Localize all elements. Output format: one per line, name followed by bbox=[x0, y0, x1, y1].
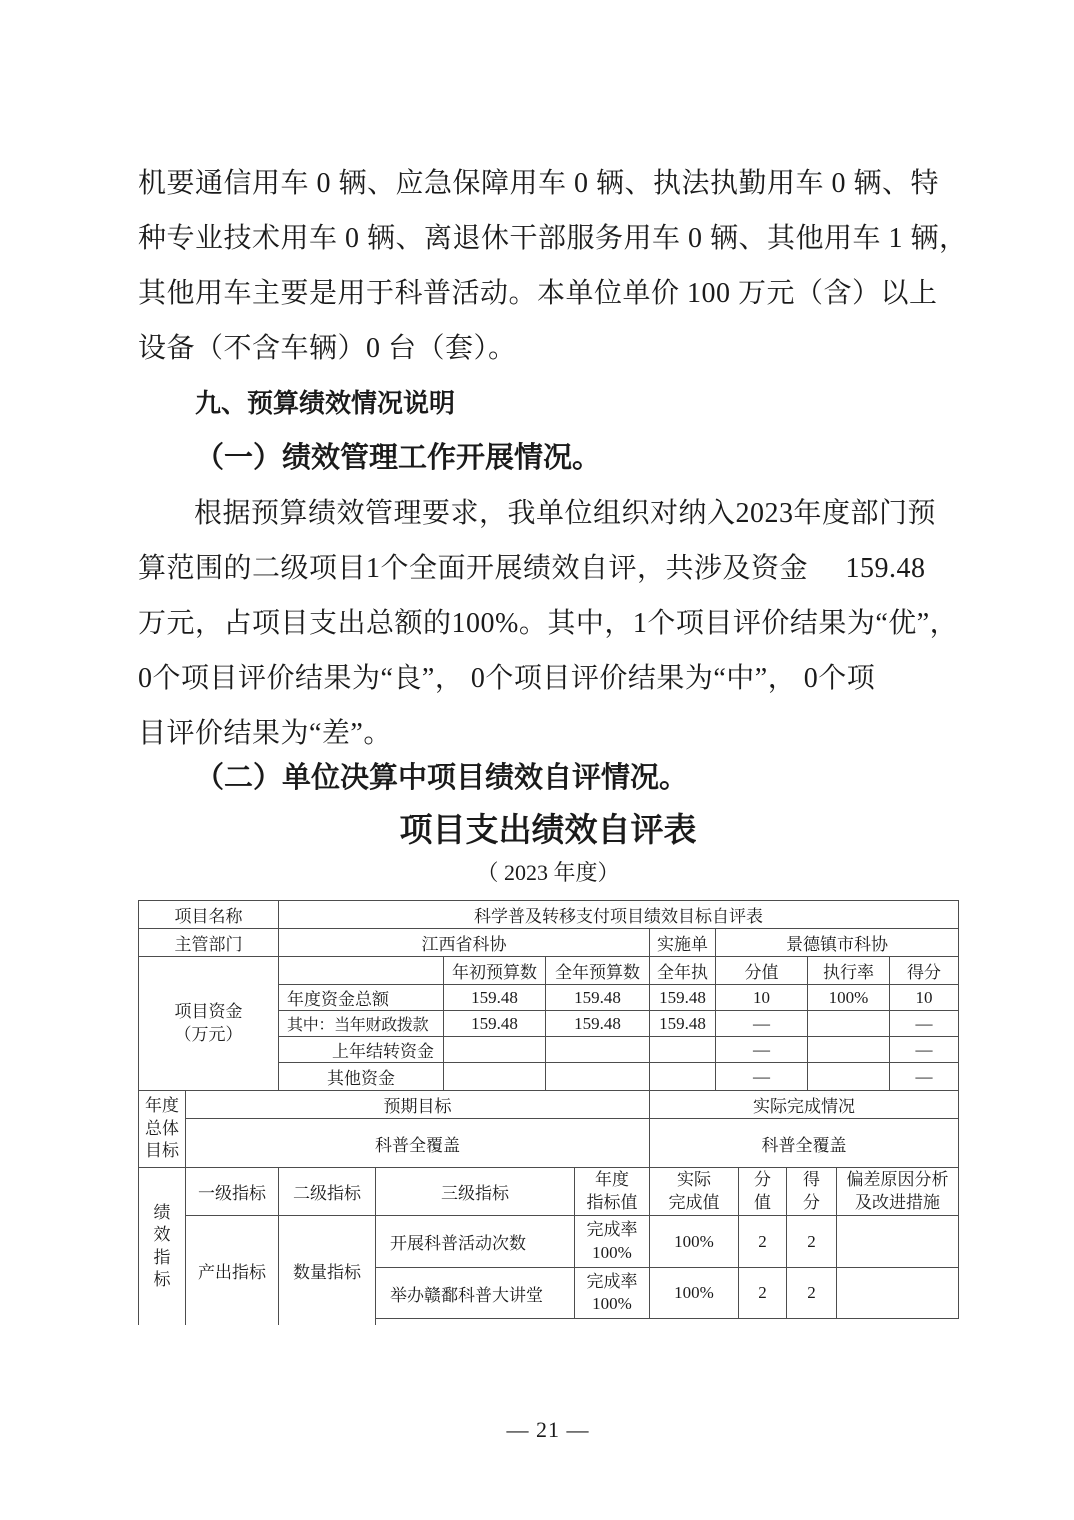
cell-funds-value: — bbox=[716, 1063, 808, 1091]
subsection-heading-2: （二）单位决算中项目绩效自评情况。 bbox=[138, 751, 958, 806]
cell-blank bbox=[376, 1319, 575, 1326]
cell-funds-value: 159.48 bbox=[444, 1011, 546, 1037]
cell-funds-side-label: 项目资金 （万元） bbox=[139, 957, 279, 1091]
table-row: 主管部门 江西省科协 实施单 景德镇市科协 bbox=[139, 929, 959, 957]
cell-funds-row-label: 其他资金 bbox=[279, 1063, 444, 1091]
table-row: 项目名称 科学普及转移支付项目绩效目标自评表 bbox=[139, 901, 959, 929]
cell-indicator-actual: 100% bbox=[650, 1216, 739, 1268]
cell-funds-value bbox=[444, 1063, 546, 1091]
cell-level2-indicator: 数量指标 bbox=[279, 1216, 376, 1326]
page-number: — 21 — bbox=[138, 1415, 958, 1445]
paragraph-line: 其他用车主要是用于科普活动。本单位单价 100 万元（含）以上 bbox=[138, 266, 958, 321]
cell-indicator-header: 年度 指标值 bbox=[575, 1168, 650, 1216]
cell-indicator-header: 二级指标 bbox=[279, 1168, 376, 1216]
cell-funds-value: — bbox=[890, 1063, 959, 1091]
cell-indicator-header: 得 分 bbox=[787, 1168, 837, 1216]
cell-funds-value: 159.48 bbox=[546, 985, 650, 1011]
cell-funds-value bbox=[808, 1011, 890, 1037]
cell-impl: 景德镇市科协 bbox=[716, 929, 959, 957]
paragraph-performance: 根据预算绩效管理要求，我单位组织对纳入2023年度部门预 算范围的二级项目1个全… bbox=[138, 486, 958, 761]
cell-indicator-deviation bbox=[837, 1268, 959, 1319]
table-indicator-section: 年度 总体 目标 预期目标 实际完成情况 科普全覆盖 科普全覆盖 绩 效 指 标… bbox=[138, 1090, 959, 1325]
document-page: 机要通信用车 0 辆、应急保障用车 0 辆、执法执勤用车 0 辆、特 种专业技术… bbox=[0, 0, 1074, 1520]
cell-blank bbox=[279, 957, 444, 985]
cell-indicator-points: 2 bbox=[739, 1268, 787, 1319]
cell-funds-row-label: 年度资金总额 bbox=[279, 985, 444, 1011]
paragraph-line: 机要通信用车 0 辆、应急保障用车 0 辆、执法执勤用车 0 辆、特 bbox=[138, 156, 958, 211]
page-content: 机要通信用车 0 辆、应急保障用车 0 辆、执法执勤用车 0 辆、特 种专业技术… bbox=[138, 156, 958, 1445]
cell-dept: 江西省科协 bbox=[279, 929, 650, 957]
cell-blank bbox=[787, 1319, 837, 1326]
cell-funds-value bbox=[444, 1037, 546, 1063]
cell-funds-value: 159.48 bbox=[650, 985, 716, 1011]
paragraph-line: 根据预算绩效管理要求，我单位组织对纳入2023年度部门预 bbox=[138, 486, 958, 541]
cell-indicator-score: 2 bbox=[787, 1216, 837, 1268]
paragraph-line: 万元，占项目支出总额的100%。其中，1个项目评价结果为“优”， bbox=[138, 596, 958, 651]
self-evaluation-table: 项目名称 科学普及转移支付项目绩效目标自评表 主管部门 江西省科协 实施单 景德… bbox=[138, 900, 958, 1325]
cell-level1-indicator: 产出指标 bbox=[186, 1216, 279, 1326]
cell-blank bbox=[739, 1319, 787, 1326]
cell-project-name-label: 项目名称 bbox=[139, 901, 279, 929]
cell-funds-value: — bbox=[716, 1011, 808, 1037]
cell-indicator-header: 实际 完成值 bbox=[650, 1168, 739, 1216]
cell-funds-header: 年初预算数 bbox=[444, 957, 546, 985]
table-row: 科普全覆盖 科普全覆盖 bbox=[139, 1119, 959, 1168]
table-row: 绩 效 指 标 一级指标 二级指标 三级指标 年度 指标值 实际 完成值 分 值… bbox=[139, 1168, 959, 1216]
cell-funds-value: 159.48 bbox=[546, 1011, 650, 1037]
cell-funds-header: 全年执 bbox=[650, 957, 716, 985]
paragraph-line: 0个项目评价结果为“良”， 0个项目评价结果为“中”， 0个项 bbox=[138, 651, 958, 706]
paragraph-line: 种专业技术用车 0 辆、离退休干部服务用车 0 辆、其他用车 1 辆， bbox=[138, 211, 958, 266]
cell-funds-header: 分值 bbox=[716, 957, 808, 985]
cell-indicator-actual: 100% bbox=[650, 1268, 739, 1319]
cell-expected-header: 预期目标 bbox=[186, 1091, 650, 1119]
cell-funds-value bbox=[650, 1063, 716, 1091]
cell-impl-label: 实施单 bbox=[650, 929, 716, 957]
table-row: 项目资金 （万元） 年初预算数 全年预算数 全年执 分值 执行率 得分 bbox=[139, 957, 959, 985]
paragraph-line: 算范围的二级项目1个全面开展绩效自评，共涉及资金 159.48 bbox=[138, 541, 958, 596]
cell-funds-value bbox=[546, 1063, 650, 1091]
cell-funds-header: 得分 bbox=[890, 957, 959, 985]
cell-funds-row-label: 其中：当年财政拨款 bbox=[279, 1011, 444, 1037]
table-top-section: 项目名称 科学普及转移支付项目绩效目标自评表 主管部门 江西省科协 实施单 景德… bbox=[138, 900, 959, 1091]
cell-funds-value: — bbox=[716, 1037, 808, 1063]
cell-funds-value: 100% bbox=[808, 985, 890, 1011]
subsection-heading-1: （一）绩效管理工作开展情况。 bbox=[138, 431, 958, 486]
paragraph-line: 设备（不含车辆）0 台（套）。 bbox=[138, 321, 958, 376]
cell-actual-goal: 科普全覆盖 bbox=[650, 1119, 959, 1168]
cell-blank bbox=[837, 1319, 959, 1326]
cell-indicator-target: 完成率 100% bbox=[575, 1268, 650, 1319]
table-row: 产出指标 数量指标 开展科普活动次数 完成率 100% 100% 2 2 bbox=[139, 1216, 959, 1268]
cell-funds-value: — bbox=[890, 1037, 959, 1063]
section-heading: 九、预算绩效情况说明 bbox=[138, 376, 958, 431]
cell-funds-header: 执行率 bbox=[808, 957, 890, 985]
cell-indicator-points: 2 bbox=[739, 1216, 787, 1268]
cell-funds-value: 10 bbox=[716, 985, 808, 1011]
cell-overall-side-label: 年度 总体 目标 bbox=[139, 1091, 186, 1168]
cell-project-name: 科学普及转移支付项目绩效目标自评表 bbox=[279, 901, 959, 929]
table-caption: （ 2023 年度） bbox=[138, 856, 958, 890]
cell-indicator-header: 分 值 bbox=[739, 1168, 787, 1216]
cell-indicator-deviation bbox=[837, 1216, 959, 1268]
cell-blank bbox=[575, 1319, 650, 1326]
cell-funds-value: 159.48 bbox=[444, 985, 546, 1011]
cell-funds-header: 全年预算数 bbox=[546, 957, 650, 985]
cell-expected-goal: 科普全覆盖 bbox=[186, 1119, 650, 1168]
table-row: 年度 总体 目标 预期目标 实际完成情况 bbox=[139, 1091, 959, 1119]
cell-blank bbox=[650, 1319, 739, 1326]
cell-actual-header: 实际完成情况 bbox=[650, 1091, 959, 1119]
table-title: 项目支出绩效自评表 bbox=[138, 806, 958, 856]
cell-funds-value: 10 bbox=[890, 985, 959, 1011]
cell-indicator-header: 偏差原因分析 及改进措施 bbox=[837, 1168, 959, 1216]
cell-funds-value bbox=[650, 1037, 716, 1063]
cell-funds-value bbox=[546, 1037, 650, 1063]
cell-dept-label: 主管部门 bbox=[139, 929, 279, 957]
cell-indicator-score: 2 bbox=[787, 1268, 837, 1319]
cell-funds-value bbox=[808, 1037, 890, 1063]
cell-funds-value: 159.48 bbox=[650, 1011, 716, 1037]
cell-indicator-header: 三级指标 bbox=[376, 1168, 575, 1216]
paragraph-vehicles: 机要通信用车 0 辆、应急保障用车 0 辆、执法执勤用车 0 辆、特 种专业技术… bbox=[138, 156, 958, 376]
cell-indicator-side-label: 绩 效 指 标 bbox=[139, 1168, 186, 1326]
cell-indicator-header: 一级指标 bbox=[186, 1168, 279, 1216]
cell-indicator-name: 开展科普活动次数 bbox=[376, 1216, 575, 1268]
cell-funds-value: — bbox=[890, 1011, 959, 1037]
cell-indicator-name: 举办赣鄱科普大讲堂 bbox=[376, 1268, 575, 1319]
cell-funds-row-label: 上年结转资金 bbox=[279, 1037, 444, 1063]
cell-indicator-target: 完成率 100% bbox=[575, 1216, 650, 1268]
cell-funds-value bbox=[808, 1063, 890, 1091]
